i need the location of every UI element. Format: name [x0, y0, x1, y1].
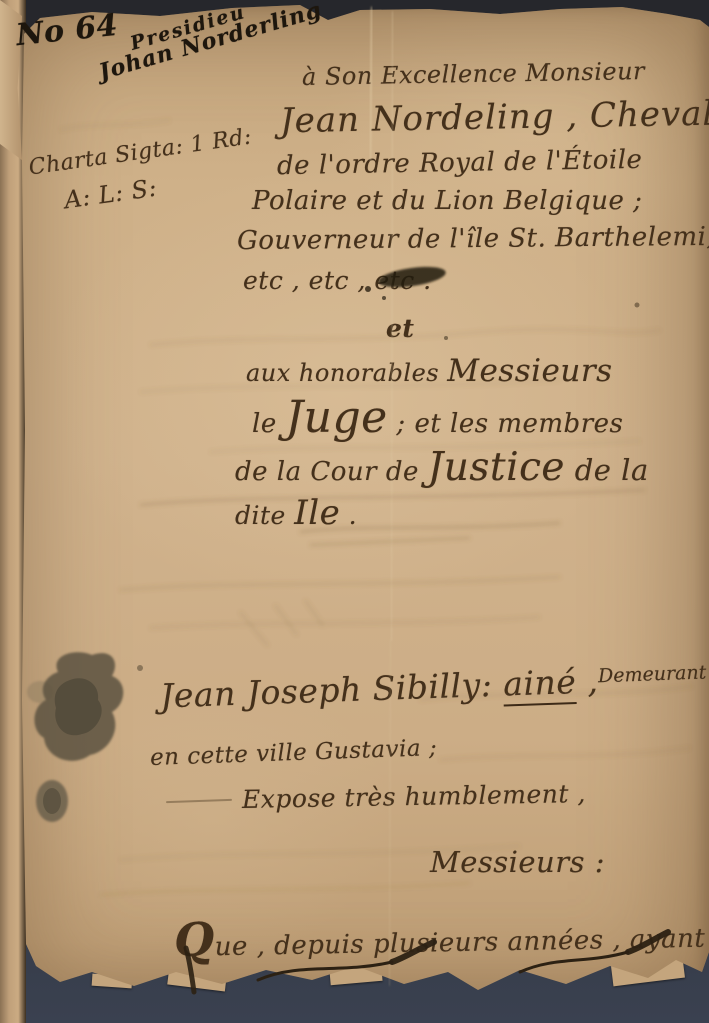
court-line3-big: Justice: [428, 445, 565, 490]
manuscript-scan: No 64 Presidieu Johan Norderling Charta …: [0, 0, 709, 1023]
petitioner-comma: ,: [576, 661, 599, 701]
court-line2-big: Juge: [285, 392, 387, 443]
opening-line: Que , depuis plusieurs années , ayant —: [174, 907, 709, 963]
petitioner-separator: :: [480, 665, 504, 705]
petitioner-residence-tag: Demeurant: [598, 661, 707, 687]
court-line3-pre: de la Cour de: [235, 457, 428, 487]
expose-line: Expose très humblement ,: [242, 781, 586, 812]
salutation-line: Messieurs :: [430, 848, 605, 877]
address-line-polaire: Polaire et du Lion Belgique ;: [252, 188, 642, 214]
court-line-honorables: aux honorables Messieurs: [246, 356, 613, 387]
court-line-juge: le Juge ; et les membres: [252, 396, 623, 440]
petitioner-suffix: ainé: [503, 662, 577, 707]
address-line-governor: Gouverneur de l'île St. Barthelemi,: [237, 224, 709, 254]
court-line3-post: de la: [565, 453, 649, 487]
address-line-etc: etc , etc , etc .: [243, 268, 432, 293]
court-line1-big: Messieurs: [447, 353, 612, 389]
address-line-excellence: à Son Excellence Monsieur: [302, 59, 645, 89]
court-line1-pre: aux honorables: [246, 359, 447, 387]
court-line4-pre: dite: [235, 501, 294, 530]
court-line4-post: .: [340, 501, 357, 530]
court-line-justice: de la Cour de Justice de la: [235, 448, 649, 487]
address-line-order: de l'ordre Royal de l'Étoile: [277, 147, 643, 179]
court-line2-pre: le: [252, 409, 285, 439]
conjunction-et: et: [386, 316, 414, 341]
address-line-name: Jean Nordeling , Chevalier: [280, 96, 709, 138]
court-line2-post: ; et les membres: [388, 409, 624, 439]
court-line-ile: dite Ile .: [235, 496, 357, 530]
court-line4-big: Ile: [294, 493, 340, 533]
